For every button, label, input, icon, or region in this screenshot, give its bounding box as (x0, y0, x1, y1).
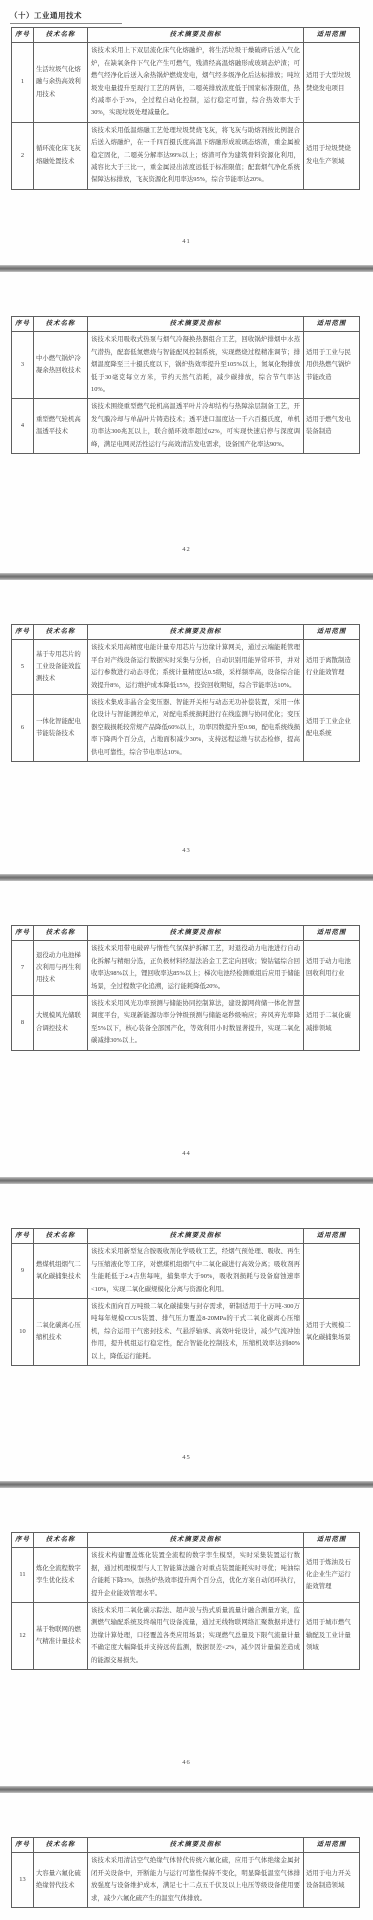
col-header-scope: 适用范围 (304, 28, 360, 43)
tech-scope (304, 1244, 360, 1299)
tech-scope: 适用于炼油及石化企业生产运行能效管理 (304, 1548, 360, 1603)
tech-name: 基于物联网的燃气精准计量技术 (34, 1603, 88, 1670)
col-header-summary: 技术摘要及指标 (88, 1533, 304, 1548)
tech-scope: 适用于电力开关设备制造领域 (304, 1853, 360, 1908)
document-viewer[interactable]: （十）工业通用技术 序号 技术名称 技术摘要及指标 适用范围 1 生活垃圾气化熔… (0, 0, 373, 1920)
document-page-7: 序号 技术名称 技术摘要及指标 适用范围 13 大容量六氟化硫绝缘替代技术 该技… (0, 1793, 373, 1920)
tech-name: 循环流化床飞灰熔融处置技术 (34, 122, 88, 189)
col-header-scope: 适用范围 (304, 926, 360, 941)
tech-name: 大规模风光储联合调控技术 (34, 996, 88, 1051)
row-number: 4 (12, 399, 34, 454)
table-row: 10 二氧化碳离心压缩机技术 该技术面向百万吨级二氧化碳捕集与封存需求，研制适用… (12, 1299, 360, 1366)
page-separator (0, 1481, 373, 1488)
tech-summary: 该技术采用吸收式热泵与烟气冷凝换热器组合工艺，回收锅炉排烟中水蒸气潜热，配套低氮… (88, 332, 304, 399)
technology-table: 序号 技术名称 技术摘要及指标 适用范围 5 基于专用芯片的工业设备能效监测技术… (11, 624, 360, 762)
page-separator (0, 874, 373, 881)
technology-table: 序号 技术名称 技术摘要及指标 适用范围 9 燃煤机组烟气二氧化碳捕集技术 该技… (11, 1228, 360, 1366)
row-number: 12 (12, 1603, 34, 1670)
row-number: 13 (12, 1853, 34, 1908)
col-header-scope: 适用范围 (304, 1838, 360, 1853)
table-header-row: 序号 技术名称 技术摘要及指标 适用范围 (12, 926, 360, 941)
row-number: 11 (12, 1548, 34, 1603)
tech-scope: 适用于工业企业配电系统 (304, 695, 360, 762)
tech-summary: 该技术构建覆盖炼化装置全流程的数字孪生模型，实时采集装置运行数据，通过机理模型与… (88, 1548, 304, 1603)
tech-scope: 适用于二氧化碳减排领域 (304, 996, 360, 1051)
table-row: 1 生活垃圾气化熔融与余热高效利用技术 该技术采用上下双层流化床气化熔融炉，将生… (12, 43, 360, 122)
document-page-6: 序号 技术名称 技术摘要及指标 适用范围 11 炼化全流程数字孪生优化技术 该技… (0, 1488, 373, 1786)
table-header-row: 序号 技术名称 技术摘要及指标 适用范围 (12, 625, 360, 640)
row-number: 3 (12, 332, 34, 399)
col-header-summary: 技术摘要及指标 (88, 1838, 304, 1853)
tech-summary: 该技术采用清洁空气绝缘气体替代传统六氟化硫，应用于气体绝缘金属封闭开关设备中，开… (88, 1853, 304, 1908)
col-header-name: 技术名称 (34, 1533, 88, 1548)
table-row: 7 退役动力电池梯次利用与再生利用技术 该技术采用带电破碎与惰性气氛保护拆解工艺… (12, 941, 360, 996)
table-row: 4 重型燃气轮机高温透平技术 该技术围绕重型燃气轮机高温透平叶片冷却结构与热障涂… (12, 399, 360, 454)
technology-table: 序号 技术名称 技术摘要及指标 适用范围 7 退役动力电池梯次利用与再生利用技术… (11, 925, 360, 1051)
row-number: 2 (12, 122, 34, 189)
page-number: 44 (0, 1150, 373, 1157)
table-row: 6 一体化智能配电节能装备技术 该技术集成非晶合金变压器、智能开关柜与动态无功补… (12, 695, 360, 762)
tech-summary: 该技术采用高精度电能计量专用芯片与边缘计算网关，通过云端能耗管理平台对产线设备运… (88, 640, 304, 695)
table-row: 2 循环流化床飞灰熔融处置技术 该技术采用低温熔融工艺处理垃圾焚烧飞灰，将飞灰与… (12, 122, 360, 189)
page-separator (0, 265, 373, 272)
tech-scope: 适用于动力电池回收利用行业 (304, 941, 360, 996)
document-page-5: 序号 技术名称 技术摘要及指标 适用范围 9 燃煤机组烟气二氧化碳捕集技术 该技… (0, 1184, 373, 1481)
tech-scope: 适用于城市燃气输配及工业计量领域 (304, 1603, 360, 1670)
document-page-4: 序号 技术名称 技术摘要及指标 适用范围 7 退役动力电池梯次利用与再生利用技术… (0, 881, 373, 1177)
row-number: 10 (12, 1299, 34, 1366)
document-page-1: （十）工业通用技术 序号 技术名称 技术摘要及指标 适用范围 1 生活垃圾气化熔… (0, 0, 373, 265)
row-number: 8 (12, 996, 34, 1051)
tech-summary: 该技术面向百万吨级二氧化碳捕集与封存需求，研制适用于十万吨-300万吨每年规模C… (88, 1299, 304, 1366)
row-number: 5 (12, 640, 34, 695)
col-header-name: 技术名称 (34, 1229, 88, 1244)
technology-table: 序号 技术名称 技术摘要及指标 适用范围 11 炼化全流程数字孪生优化技术 该技… (11, 1532, 360, 1670)
col-header-no: 序号 (12, 625, 34, 640)
row-number: 7 (12, 941, 34, 996)
technology-table: 序号 技术名称 技术摘要及指标 适用范围 3 中小燃气锅炉冷凝余热回收技术 该技… (11, 316, 360, 454)
page-number: 45 (0, 1454, 373, 1461)
tech-name: 重型燃气轮机高温透平技术 (34, 399, 88, 454)
table-row: 8 大规模风光储联合调控技术 该技术采用风光功率预测与储能协同控制算法，建设源网… (12, 996, 360, 1051)
table-row: 13 大容量六氟化硫绝缘替代技术 该技术采用清洁空气绝缘气体替代传统六氟化硫，应… (12, 1853, 360, 1908)
page-separator (0, 1177, 373, 1184)
page-separator (0, 1786, 373, 1793)
col-header-scope: 适用范围 (304, 317, 360, 332)
col-header-name: 技术名称 (34, 625, 88, 640)
tech-summary: 该技术采用新型复合胺吸收剂化学吸收工艺，经烟气预处理、吸收、再生与压缩液化等工序… (88, 1244, 304, 1299)
table-header-row: 序号 技术名称 技术摘要及指标 适用范围 (12, 1229, 360, 1244)
table-row: 3 中小燃气锅炉冷凝余热回收技术 该技术采用吸收式热泵与烟气冷凝换热器组合工艺，… (12, 332, 360, 399)
tech-scope: 适用于垃圾焚烧发电生产领域 (304, 122, 360, 189)
table-header-row: 序号 技术名称 技术摘要及指标 适用范围 (12, 1533, 360, 1548)
table-header-row: 序号 技术名称 技术摘要及指标 适用范围 (12, 28, 360, 43)
tech-scope: 适用于大型垃圾焚烧发电项目 (304, 43, 360, 122)
table-header-row: 序号 技术名称 技术摘要及指标 适用范围 (12, 317, 360, 332)
col-header-summary: 技术摘要及指标 (88, 317, 304, 332)
tech-name: 一体化智能配电节能装备技术 (34, 695, 88, 762)
col-header-name: 技术名称 (34, 317, 88, 332)
tech-name: 生活垃圾气化熔融与余热高效利用技术 (34, 43, 88, 122)
col-header-scope: 适用范围 (304, 625, 360, 640)
col-header-no: 序号 (12, 1533, 34, 1548)
tech-scope: 适用于燃气发电装备制造 (304, 399, 360, 454)
col-header-name: 技术名称 (34, 1838, 88, 1853)
table-row: 5 基于专用芯片的工业设备能效监测技术 该技术采用高精度电能计量专用芯片与边缘计… (12, 640, 360, 695)
tech-name: 二氧化碳离心压缩机技术 (34, 1299, 88, 1366)
table-row: 12 基于物联网的燃气精准计量技术 该技术采用二氧化碳示踪法、超声波与热式质量流… (12, 1603, 360, 1670)
col-header-summary: 技术摘要及指标 (88, 28, 304, 43)
tech-scope: 适用于工业与民用供热燃气锅炉节能改造 (304, 332, 360, 399)
tech-scope: 适用于离散制造行业能效管理 (304, 640, 360, 695)
tech-name: 炼化全流程数字孪生优化技术 (34, 1548, 88, 1603)
col-header-no: 序号 (12, 28, 34, 43)
tech-summary: 该技术围绕重型燃气轮机高温透平叶片冷却结构与热障涂层制备工艺，开发气膜冷却与单晶… (88, 399, 304, 454)
col-header-no: 序号 (12, 1229, 34, 1244)
tech-name: 大容量六氟化硫绝缘替代技术 (34, 1853, 88, 1908)
table-row: 9 燃煤机组烟气二氧化碳捕集技术 该技术采用新型复合胺吸收剂化学吸收工艺，经烟气… (12, 1244, 360, 1299)
page-separator (0, 573, 373, 580)
col-header-no: 序号 (12, 317, 34, 332)
col-header-scope: 适用范围 (304, 1533, 360, 1548)
tech-name: 退役动力电池梯次利用与再生利用技术 (34, 941, 88, 996)
technology-table: 序号 技术名称 技术摘要及指标 适用范围 13 大容量六氟化硫绝缘替代技术 该技… (11, 1837, 360, 1908)
tech-summary: 该技术采用上下双层流化床气化熔融炉，将生活垃圾干燥破碎后送入气化炉，在缺氧条件下… (88, 43, 304, 122)
table-header-row: 序号 技术名称 技术摘要及指标 适用范围 (12, 1838, 360, 1853)
page-number: 43 (0, 847, 373, 854)
tech-scope: 适用于大规模二氧化碳捕集场景 (304, 1299, 360, 1366)
section-title: （十）工业通用技术 (10, 10, 122, 24)
tech-summary: 该技术采用带电破碎与惰性气氛保护拆解工艺，对退役动力电池进行自动化拆解与精细分选… (88, 941, 304, 996)
col-header-name: 技术名称 (34, 926, 88, 941)
tech-name: 燃煤机组烟气二氧化碳捕集技术 (34, 1244, 88, 1299)
row-number: 1 (12, 43, 34, 122)
col-header-summary: 技术摘要及指标 (88, 926, 304, 941)
document-page-3: 序号 技术名称 技术摘要及指标 适用范围 5 基于专用芯片的工业设备能效监测技术… (0, 580, 373, 874)
col-header-summary: 技术摘要及指标 (88, 625, 304, 640)
tech-summary: 该技术采用风光功率预测与储能协同控制算法，建设源网荷储一体化智慧调度平台，实现新… (88, 996, 304, 1051)
col-header-scope: 适用范围 (304, 1229, 360, 1244)
tech-summary: 该技术采用低温熔融工艺处理垃圾焚烧飞灰，将飞灰与助熔剂按比例混合后送入熔融炉，在… (88, 122, 304, 189)
row-number: 9 (12, 1244, 34, 1299)
page-number: 41 (0, 238, 373, 245)
col-header-no: 序号 (12, 926, 34, 941)
col-header-summary: 技术摘要及指标 (88, 1229, 304, 1244)
table-row: 11 炼化全流程数字孪生优化技术 该技术构建覆盖炼化装置全流程的数字孪生模型，实… (12, 1548, 360, 1603)
tech-name: 基于专用芯片的工业设备能效监测技术 (34, 640, 88, 695)
tech-summary: 该技术集成非晶合金变压器、智能开关柜与动态无功补偿装置，采用一体化设计与智能测控… (88, 695, 304, 762)
technology-table: 序号 技术名称 技术摘要及指标 适用范围 1 生活垃圾气化熔融与余热高效利用技术… (11, 27, 360, 190)
document-page-2: 序号 技术名称 技术摘要及指标 适用范围 3 中小燃气锅炉冷凝余热回收技术 该技… (0, 272, 373, 573)
tech-summary: 该技术采用二氧化碳示踪法、超声波与热式质量流量计融合测量方案，监测燃气输配系统及… (88, 1603, 304, 1670)
row-number: 6 (12, 695, 34, 762)
page-number: 46 (0, 1759, 373, 1766)
col-header-no: 序号 (12, 1838, 34, 1853)
col-header-name: 技术名称 (34, 28, 88, 43)
page-number: 42 (0, 546, 373, 553)
tech-name: 中小燃气锅炉冷凝余热回收技术 (34, 332, 88, 399)
